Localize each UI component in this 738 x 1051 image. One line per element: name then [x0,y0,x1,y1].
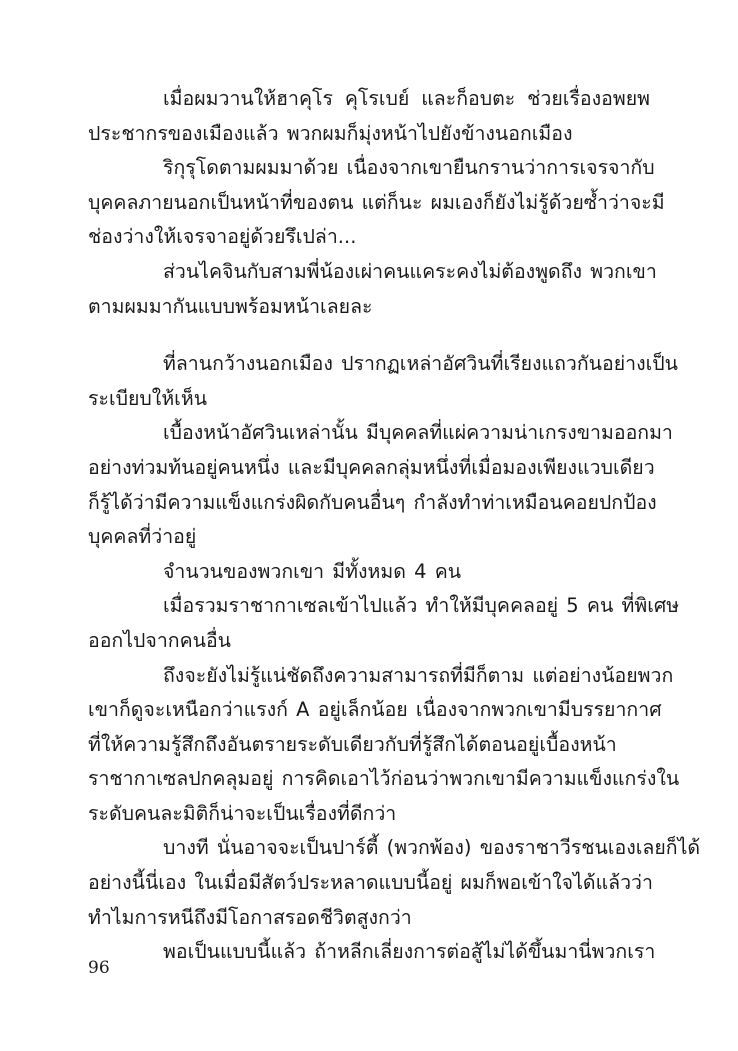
text-line: ที่ลานกว้างนอกเมือง ปรากฏเหล่าอัศวินที่เ… [88,347,650,382]
page-number: 96 [88,958,110,978]
page-body: เมื่อผมวานให้ฮาคุโร คุโรเบย์ และก็อบตะ ช… [88,82,650,970]
text-line: บุคคลที่ว่าอยู่ [88,520,650,555]
text-line: ถึงจะยังไม่รู้แน่ชัดถึงความสามารถที่มีก็… [88,659,650,694]
section-1: เมื่อผมวานให้ฮาคุโร คุโรเบย์ และก็อบตะ ช… [88,82,650,324]
text-line: ราชากาเซลปกคลุมอยู่ การคิดเอาไว้ก่อนว่าพ… [88,762,650,797]
section-2: ที่ลานกว้างนอกเมือง ปรากฏเหล่าอัศวินที่เ… [88,347,650,970]
text-line: เบื้องหน้าอัศวินเหล่านั้น มีบุคคลที่แผ่ค… [88,416,650,451]
text-line: ออกไปจากคนอื่น [88,624,650,659]
text-line: ระดับคนละมิติก็น่าจะเป็นเรื่องที่ดีกว่า [88,797,650,832]
text-line: พอเป็นแบบนี้แล้ว ถ้าหลีกเลี่ยงการต่อสู้ไ… [88,935,650,970]
text-line: บางที นั่นอาจจะเป็นปาร์ตี้ (พวกพ้อง) ของ… [88,831,650,866]
text-line: ตามผมมากันแบบพร้อมหน้าเลยละ [88,290,650,325]
text-line: อย่างนี้นี่เอง ในเมื่อมีสัตว์ประหลาดแบบน… [88,866,650,901]
text-line: ประชากรของเมืองแล้ว พวกผมก็มุ่งหน้าไปยัง… [88,117,650,152]
text-line: อย่างท่วมท้นอยู่คนหนึ่ง และมีบุคคลกลุ่มห… [88,451,650,486]
text-line: เมื่อรวมราชากาเซลเข้าไปแล้ว ทำให้มีบุคคล… [88,589,650,624]
text-line: จำนวนของพวกเขา มีทั้งหมด 4 คน [88,555,650,590]
text-line: ริกุรุโดตามผมมาด้วย เนื่องจากเขายืนกรานว… [88,151,650,186]
text-line: ทำไมการหนีถึงมีโอกาสรอดชีวิตสูงกว่า [88,901,650,936]
section-break [88,324,650,347]
text-line: ที่ให้ความรู้สึกถึงอันตรายระดับเดียวกับท… [88,728,650,763]
text-line: ก็รู้ได้ว่ามีความแข็งแกร่งผิดกับคนอื่นๆ … [88,486,650,521]
text-line: ระเบียบให้เห็น [88,382,650,417]
text-line: ส่วนไคจินกับสามพี่น้องเผ่าคนแคระคงไม่ต้อ… [88,255,650,290]
text-line: เขาก็ดูจะเหนือกว่าแรงก์ A อยู่เล็กน้อย เ… [88,693,650,728]
text-line: ช่องว่างให้เจรจาอยู่ด้วยรึเปล่า... [88,220,650,255]
text-line: เมื่อผมวานให้ฮาคุโร คุโรเบย์ และก็อบตะ ช… [88,82,650,117]
text-line: บุคคลภายนอกเป็นหน้าที่ของตน แต่ก็นะ ผมเอ… [88,186,650,221]
